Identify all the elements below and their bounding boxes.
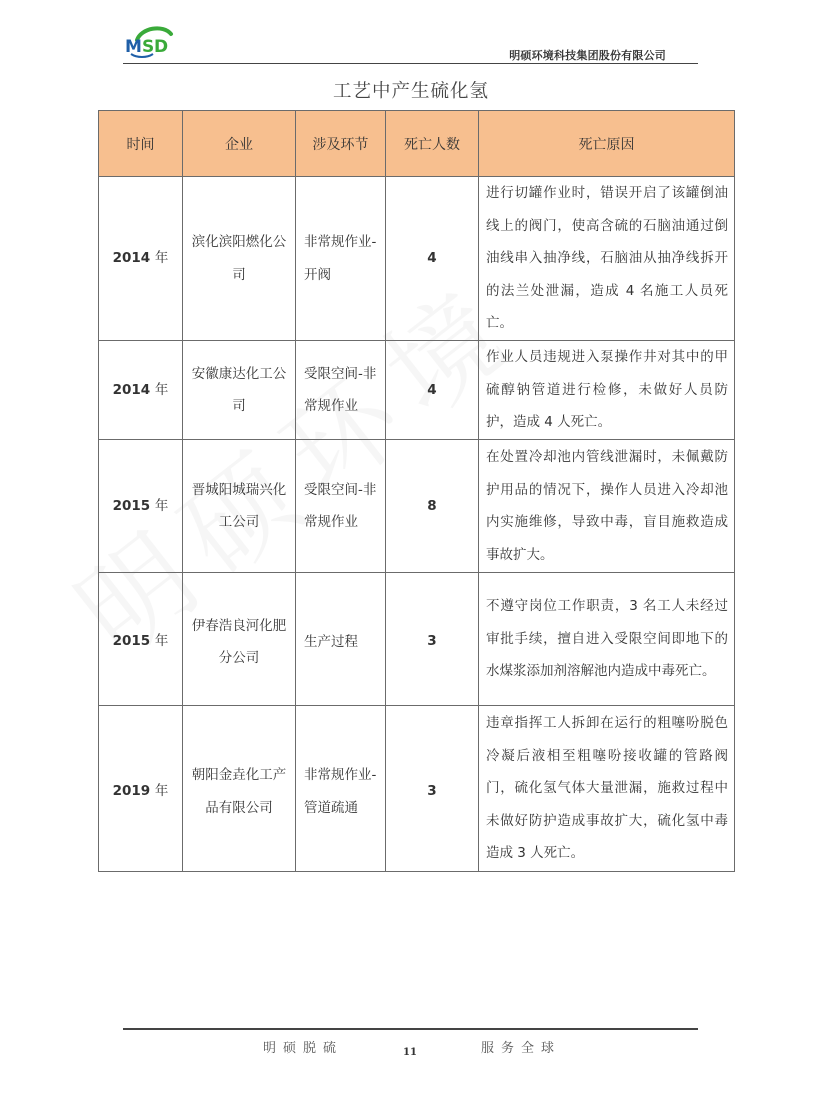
page-title: 工艺中产生硫化氢 bbox=[0, 77, 822, 103]
cause-cell: 作业人员违规进入泵操作井对其中的甲硫醇钠管道进行检修，未做好人员防护，造成 4 … bbox=[479, 341, 735, 440]
table-header-row: 时间 企业 涉及环节 死亡人数 死亡原因 bbox=[99, 111, 735, 177]
company-cell: 安徽康达化工公司 bbox=[183, 341, 296, 440]
year-cell: 2014 年 bbox=[99, 341, 183, 440]
year-cell: 2015 年 bbox=[99, 573, 183, 706]
deaths-cell: 3 bbox=[386, 706, 479, 872]
cause-cell: 在处置冷却池内管线泄漏时，未佩戴防护用品的情况下，操作人员进入冷却池内实施维修，… bbox=[479, 440, 735, 573]
deaths-cell: 4 bbox=[386, 341, 479, 440]
year-cell: 2015 年 bbox=[99, 440, 183, 573]
page-number: 11 bbox=[403, 1047, 417, 1058]
cause-cell: 进行切罐作业时，错误开启了该罐倒油线上的阀门，使高含硫的石脑油通过倒油线串入抽净… bbox=[479, 177, 735, 341]
table-row: 2014 年 安徽康达化工公司 受限空间-非常规作业 4 作业人员违规进入泵操作… bbox=[99, 341, 735, 440]
table-row: 2015 年 晋城阳城瑞兴化工公司 受限空间-非常规作业 8 在处置冷却池内管线… bbox=[99, 440, 735, 573]
column-header-stage: 涉及环节 bbox=[296, 111, 386, 177]
deaths-cell: 3 bbox=[386, 573, 479, 706]
company-cell: 朝阳金垚化工产品有限公司 bbox=[183, 706, 296, 872]
footer-slogan-left: 明硕脱硫 bbox=[263, 1037, 343, 1056]
cause-cell: 不遵守岗位工作职责，3 名工人未经过审批手续，擅自进入受限空间即地下的水煤浆添加… bbox=[479, 573, 735, 706]
svg-text:D: D bbox=[154, 37, 168, 57]
stage-cell: 受限空间-非常规作业 bbox=[296, 440, 386, 573]
company-name: 明硕环境科技集团股份有限公司 bbox=[509, 47, 666, 63]
stage-cell: 非常规作业-开阀 bbox=[296, 177, 386, 341]
year-cell: 2014 年 bbox=[99, 177, 183, 341]
company-cell: 滨化滨阳燃化公司 bbox=[183, 177, 296, 341]
table-row: 2014 年 滨化滨阳燃化公司 非常规作业-开阀 4 进行切罐作业时，错误开启了… bbox=[99, 177, 735, 341]
deaths-cell: 8 bbox=[386, 440, 479, 573]
cause-cell: 违章指挥工人拆卸在运行的粗噻吩脱色冷凝后液相至粗噻吩接收罐的管路阀门，硫化氢气体… bbox=[479, 706, 735, 872]
column-header-company: 企业 bbox=[183, 111, 296, 177]
company-cell: 晋城阳城瑞兴化工公司 bbox=[183, 440, 296, 573]
company-cell: 伊春浩良河化肥分公司 bbox=[183, 573, 296, 706]
column-header-cause: 死亡原因 bbox=[479, 111, 735, 177]
msd-logo-icon: M S D bbox=[123, 24, 183, 58]
stage-cell: 受限空间-非常规作业 bbox=[296, 341, 386, 440]
deaths-cell: 4 bbox=[386, 177, 479, 341]
incident-table: 时间 企业 涉及环节 死亡人数 死亡原因 2014 年 滨化滨阳燃化公司 非常规… bbox=[98, 110, 735, 872]
header-divider bbox=[123, 63, 698, 64]
table-row: 2019 年 朝阳金垚化工产品有限公司 非常规作业-管道疏通 3 违章指挥工人拆… bbox=[99, 706, 735, 872]
stage-cell: 生产过程 bbox=[296, 573, 386, 706]
footer-divider bbox=[123, 1028, 698, 1030]
footer-slogan-right: 服务全球 bbox=[481, 1037, 561, 1056]
table-row: 2015 年 伊春浩良河化肥分公司 生产过程 3 不遵守岗位工作职责，3 名工人… bbox=[99, 573, 735, 706]
column-header-time: 时间 bbox=[99, 111, 183, 177]
year-cell: 2019 年 bbox=[99, 706, 183, 872]
stage-cell: 非常规作业-管道疏通 bbox=[296, 706, 386, 872]
page-header: M S D 明硕环境科技集团股份有限公司 bbox=[123, 22, 698, 64]
svg-text:M: M bbox=[125, 37, 142, 57]
column-header-deaths: 死亡人数 bbox=[386, 111, 479, 177]
